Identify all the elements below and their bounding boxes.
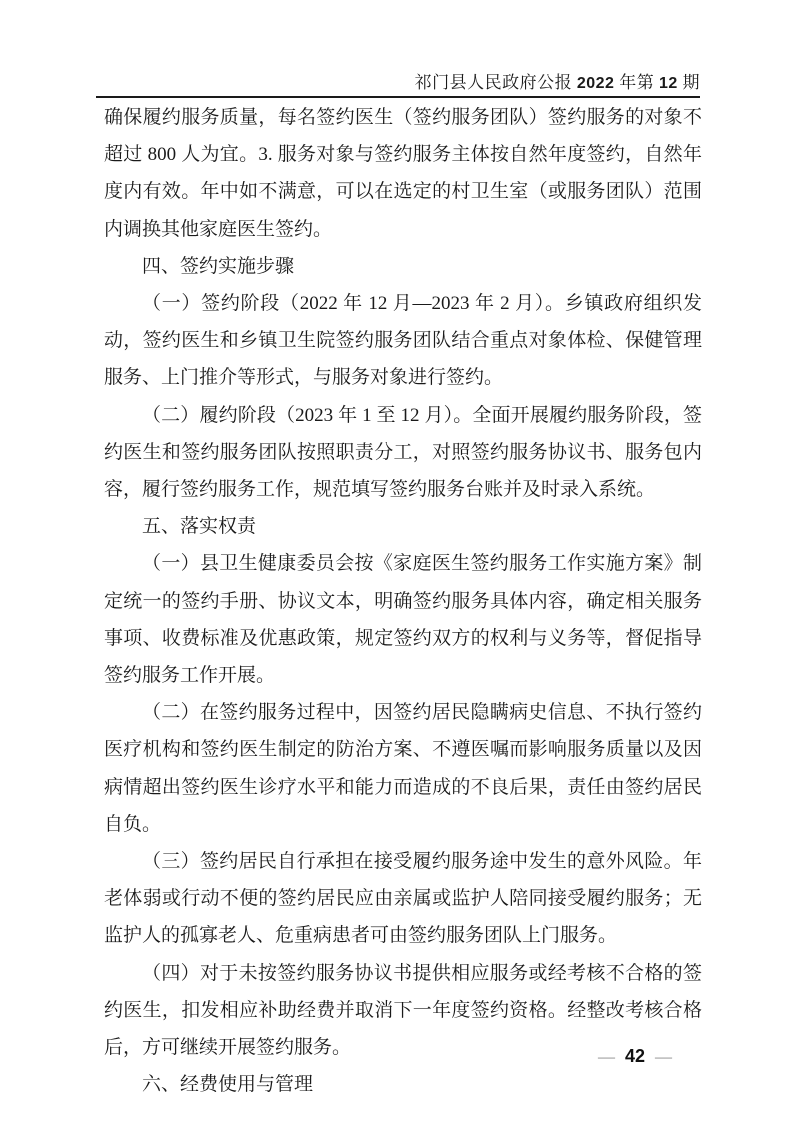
document-body: 确保履约服务质量，每名签约医生（签约服务团队）签约服务的对象不超过 800 人为…	[104, 99, 702, 1103]
footer-dash-right: —	[655, 1047, 672, 1066]
gazette-title-mid: 年第	[614, 73, 659, 92]
gazette-issue-number: 12	[659, 75, 678, 92]
gazette-title-text: 祁门县人民政府公报	[415, 73, 577, 92]
section-heading: 四、签约实施步骤	[104, 248, 702, 285]
body-paragraph: 确保履约服务质量，每名签约医生（签约服务团队）签约服务的对象不超过 800 人为…	[104, 99, 702, 248]
footer-dash-left: —	[598, 1047, 615, 1066]
page-footer: —42—	[96, 1043, 700, 1070]
body-paragraph: （二）在签约服务过程中，因签约居民隐瞒病史信息、不执行签约医疗机构和签约医生制定…	[104, 694, 702, 843]
section-heading: 五、落实权责	[104, 508, 702, 545]
gazette-title-suffix: 期	[678, 73, 700, 92]
gazette-page: 祁门县人民政府公报 2022 年第 12 期 确保履约服务质量，每名签约医生（签…	[0, 0, 793, 1122]
page-number: 42	[615, 1046, 655, 1066]
header-rule	[96, 96, 700, 98]
body-paragraph: （二）履约阶段（2023 年 1 至 12 月）。全面开展履约服务阶段，签约医生…	[104, 397, 702, 509]
gazette-year: 2022	[577, 75, 615, 92]
section-heading: 六、经费使用与管理	[104, 1066, 702, 1103]
body-paragraph: （三）签约居民自行承担在接受履约服务途中发生的意外风险。年老体弱或行动不便的签约…	[104, 843, 702, 955]
body-paragraph: （一）县卫生健康委员会按《家庭医生签约服务工作实施方案》制定统一的签约手册、协议…	[104, 545, 702, 694]
running-header: 祁门县人民政府公报 2022 年第 12 期	[96, 73, 700, 94]
body-paragraph: （一）签约阶段（2022 年 12 月—2023 年 2 月）。乡镇政府组织发动…	[104, 285, 702, 397]
